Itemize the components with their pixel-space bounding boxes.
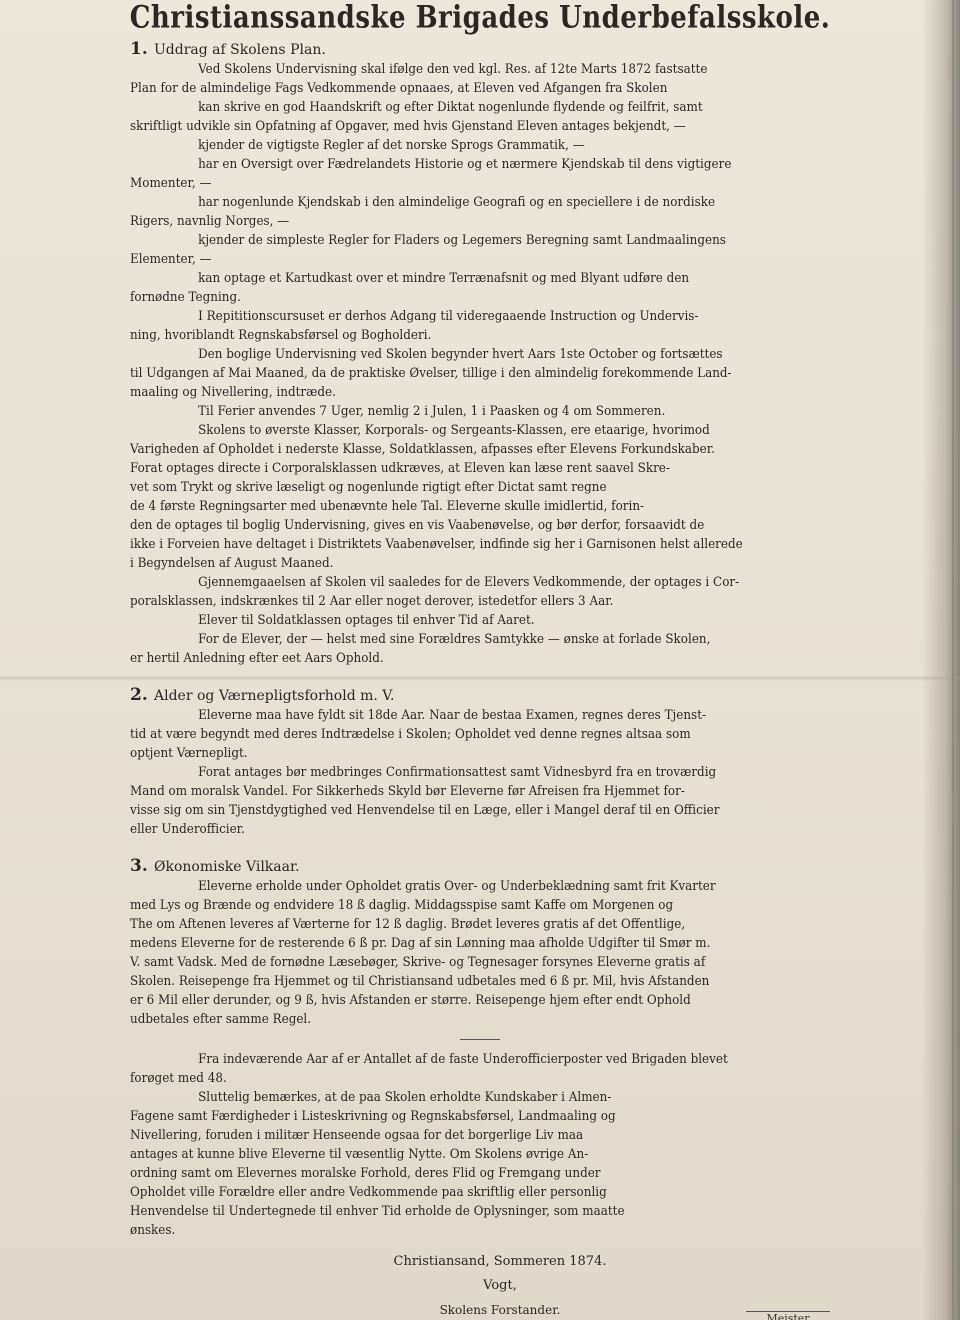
text-line: er hertil Anledning efter eet Aars Ophol… (130, 649, 774, 668)
section-separator (460, 1039, 500, 1040)
section-number: 3. (130, 855, 154, 877)
text-line: Henvendelse til Undertegnede til enhver … (130, 1202, 774, 1221)
text-line: medens Eleverne for de resterende 6 ß pr… (130, 934, 774, 953)
text-line: Forat optages directe i Corporalsklassen… (130, 459, 774, 478)
document-page: Christianssandske Brigades Underbefalssk… (0, 0, 960, 1320)
text-line: med Lys og Brænde og endvidere 18 ß dagl… (130, 896, 774, 915)
document-body: 1.Uddrag af Skolens Plan.Ved Skolens Und… (130, 38, 830, 1320)
text-line: har nogenlunde Kjendskab i den almindeli… (130, 193, 774, 212)
text-line: ønskes. (130, 1221, 774, 1240)
text-line: Til Ferier anvendes 7 Uger, nemlig 2 i J… (130, 402, 774, 421)
text-line: Den boglige Undervisning ved Skolen begy… (130, 345, 774, 364)
document-title: Christianssandske Brigades Underbefalssk… (0, 0, 960, 36)
closing-remarks: Fra indeværende Aar af er Antallet af de… (130, 1050, 830, 1240)
text-line: Nivellering, foruden i militær Henseende… (130, 1126, 774, 1145)
text-line: ning, hvoriblandt Regnskabsførsel og Bog… (130, 326, 774, 345)
text-line: udbetales efter samme Regel. (130, 1010, 774, 1029)
text-line: Gjennemgaaelsen af Skolen vil saaledes f… (130, 573, 774, 592)
text-line: Elementer, — (130, 250, 774, 269)
text-line: Fagene samt Færdigheder i Listeskrivning… (130, 1107, 774, 1126)
text-line: de 4 første Regningsarter med ubenævnte … (130, 497, 774, 516)
text-line: Skolens to øverste Klasser, Korporals- o… (130, 421, 774, 440)
text-line: The om Aftenen leveres af Værterne for 1… (130, 915, 774, 934)
text-line: den de optages til boglig Undervisning, … (130, 516, 774, 535)
text-line: For de Elever, der — helst med sine Foræ… (130, 630, 774, 649)
text-line: ikke i Forveien have deltaget i Distrikt… (130, 535, 774, 554)
section-title: Uddrag af Skolens Plan. (154, 42, 326, 58)
text-line: forøget med 48. (130, 1069, 774, 1088)
section-title: Økonomiske Vilkaar. (154, 859, 300, 875)
text-line: Ved Skolens Undervisning skal ifølge den… (130, 60, 774, 79)
text-line: er 6 Mil eller derunder, og 9 ß, hvis Af… (130, 991, 774, 1010)
section-heading: 3.Økonomiske Vilkaar. (130, 855, 830, 877)
signature-block: Christiansand, Sommeren 1874. Vogt, Skol… (170, 1250, 830, 1320)
text-line: kjender de vigtigste Regler af det norsk… (130, 136, 774, 155)
text-line: Mand om moralsk Vandel. For Sikkerheds S… (130, 782, 774, 801)
text-line: antages at kunne blive Eleverne til væse… (130, 1145, 774, 1164)
section-number: 1. (130, 38, 154, 60)
text-line: eller Underofficier. (130, 820, 774, 839)
section-heading: 2.Alder og Værnepligtsforhold m. V. (130, 684, 830, 706)
text-line: til Udgangen af Mai Maaned, da de prakti… (130, 364, 774, 383)
text-line: kjender de simpleste Regler for Fladers … (130, 231, 774, 250)
text-line: kan skrive en god Haandskrift og efter D… (130, 98, 774, 117)
text-line: Fra indeværende Aar af er Antallet af de… (130, 1050, 774, 1069)
section-number: 2. (130, 684, 154, 706)
text-line: skriftligt udvikle sin Opfatning af Opga… (130, 117, 774, 136)
signer-name: Vogt, (170, 1274, 830, 1298)
text-line: Skolen. Reisepenge fra Hjemmet og til Ch… (130, 972, 774, 991)
text-line: optjent Værnepligt. (130, 744, 774, 763)
text-line: V. samt Vadsk. Med de fornødne Læsebøger… (130, 953, 774, 972)
text-line: tid at være begyndt med deres Indtrædels… (130, 725, 774, 744)
text-line: Plan for de almindelige Fags Vedkommende… (130, 79, 774, 98)
place-date: Christiansand, Sommeren 1874. (170, 1250, 830, 1274)
text-line: maaling og Nivellering, indtræde. (130, 383, 774, 402)
paper-edge (952, 0, 954, 1320)
text-line: vet som Trykt og skrive læseligt og noge… (130, 478, 774, 497)
signer-role: Skolens Forstander. (170, 1298, 830, 1320)
bottom-signature-fragment: Meister (746, 1311, 830, 1320)
text-line: Eleverne maa have fyldt sit 18de Aar. Na… (130, 706, 774, 725)
text-line: i Begyndelsen af August Maaned. (130, 554, 774, 573)
text-line: I Repititionscursuset er derhos Adgang t… (130, 307, 774, 326)
text-line: ordning samt om Elevernes moralske Forho… (130, 1164, 774, 1183)
text-line: Forat antages bør medbringes Confirmatio… (130, 763, 774, 782)
text-line: kan optage et Kartudkast over et mindre … (130, 269, 774, 288)
text-line: har en Oversigt over Fædrelandets Histor… (130, 155, 774, 174)
text-line: Opholdet ville Forældre eller andre Vedk… (130, 1183, 774, 1202)
sections: 1.Uddrag af Skolens Plan.Ved Skolens Und… (130, 38, 830, 1029)
text-line: poralsklassen, indskrænkes til 2 Aar ell… (130, 592, 774, 611)
section-title: Alder og Værnepligtsforhold m. V. (154, 688, 394, 704)
text-line: fornødne Tegning. (130, 288, 774, 307)
text-line: Rigers, navnlig Norges, — (130, 212, 774, 231)
text-line: Momenter, — (130, 174, 774, 193)
text-line: Eleverne erholde under Opholdet gratis O… (130, 877, 774, 896)
text-line: Varigheden af Opholdet i nederste Klasse… (130, 440, 774, 459)
text-line: visse sig om sin Tjenstdygtighed ved Hen… (130, 801, 774, 820)
text-line: Sluttelig bemærkes, at de paa Skolen erh… (130, 1088, 774, 1107)
section-heading: 1.Uddrag af Skolens Plan. (130, 38, 830, 60)
text-line: Elever til Soldatklassen optages til enh… (130, 611, 774, 630)
